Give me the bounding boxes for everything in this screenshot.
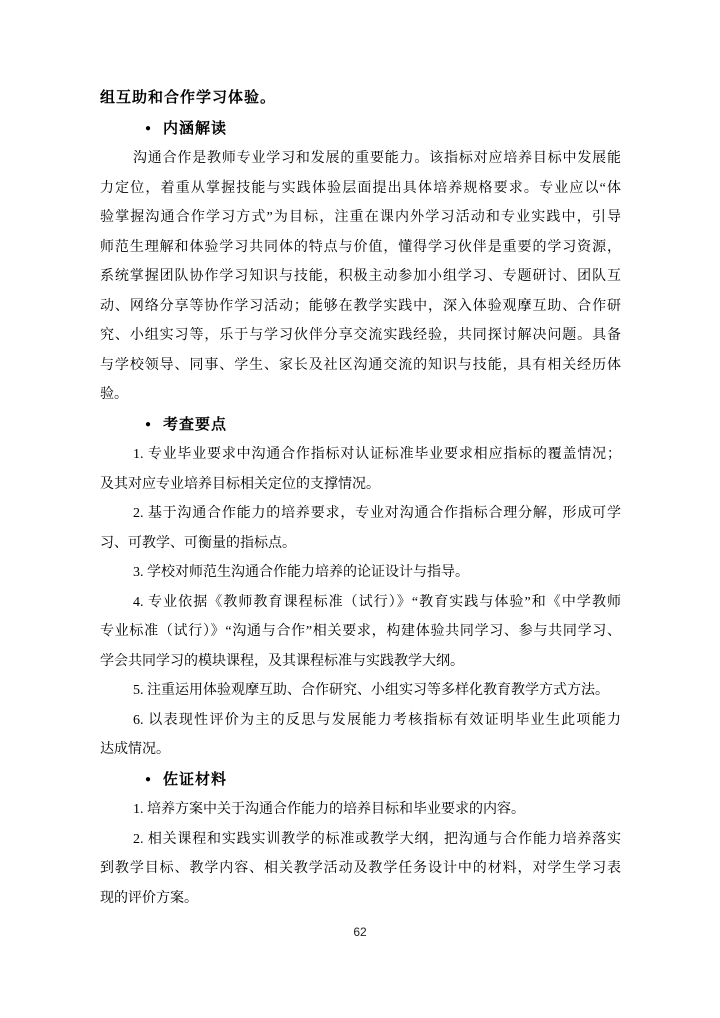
bullet-icon: ● [145, 123, 151, 134]
text-line: 动、网络分享等协作学习活动；能够在教学实践中，深入体验观摩互助、合作研 [100, 292, 621, 322]
text-line: 4. 专业依据《教师教育课程标准（试行）》“教育实践与体验”和《中学教师 [100, 588, 621, 618]
bullet-icon: ● [145, 419, 151, 430]
page-content: 组互助和合作学习体验。 ●内涵解读沟通合作是教师专业学习和发展的重要能力。该指标… [100, 84, 621, 913]
text-line: 1. 培养方案中关于沟通合作能力的培养目标和毕业要求的内容。 [100, 795, 621, 825]
text-line: 系统掌握团队协作学习知识与技能，积极主动参加小组学习、专题研讨、团队互 [100, 262, 621, 292]
text-line: 师范生理解和体验学习共同体的特点与价值，懂得学习伙伴是重要的学习资源， [100, 233, 621, 263]
bullet-icon: ● [145, 774, 151, 785]
text-line: 究、小组实习等，乐于与学习伙伴分享交流实践经验，共同探讨解决问题。具备 [100, 321, 621, 351]
text-line: 3. 学校对师范生沟通合作能力培养的论证设计与指导。 [100, 558, 621, 588]
text-line: 习、可教学、可衡量的指标点。 [100, 529, 621, 559]
text-line: 现的评价方案。 [100, 884, 621, 914]
text-line: 沟通合作是教师专业学习和发展的重要能力。该指标对应培养目标中发展能 [100, 144, 621, 174]
text-line: 力定位，着重从掌握技能与实践体验层面提出具体培养规格要求。专业应以“体 [100, 174, 621, 204]
text-line: 达成情况。 [100, 735, 621, 765]
text-line: 学会共同学习的模块课程，及其课程标准与实践教学大纲。 [100, 647, 621, 677]
text-line: 专业标准（试行）》“沟通与合作”相关要求，构建体验共同学习、参与共同学习、 [100, 617, 621, 647]
page-number: 62 [0, 925, 720, 939]
section-heading-1: ●内涵解读 [100, 114, 621, 145]
text-line: 到教学目标、教学内容、相关教学活动及教学任务设计中的材料，对学生学习表 [100, 854, 621, 884]
section-heading-text: 考查要点 [163, 417, 227, 433]
lead-paragraph: 组互助和合作学习体验。 [100, 84, 621, 114]
text-line: 验掌握沟通合作学习方式”为目标，注重在课内外学习活动和专业实践中，引导 [100, 203, 621, 233]
text-line: 6. 以表现性评价为主的反思与发展能力考核指标有效证明毕业生此项能力 [100, 706, 621, 736]
text-line: 2. 相关课程和实践实训教学的标准或教学大纲，把沟通与合作能力培养落实 [100, 825, 621, 855]
text-line: 1. 专业毕业要求中沟通合作指标对认证标准毕业要求相应指标的覆盖情况； [100, 440, 621, 470]
text-line: 验。 [100, 380, 621, 410]
text-line: 2. 基于沟通合作能力的培养要求，专业对沟通合作指标合理分解，形成可学 [100, 499, 621, 529]
section-heading-text: 内涵解读 [163, 121, 227, 137]
document-page: 组互助和合作学习体验。 ●内涵解读沟通合作是教师专业学习和发展的重要能力。该指标… [0, 0, 720, 1018]
sections-container: ●内涵解读沟通合作是教师专业学习和发展的重要能力。该指标对应培养目标中发展能力定… [100, 114, 621, 914]
section-heading-3: ●佐证材料 [100, 765, 621, 796]
text-line: 5. 注重运用体验观摩互助、合作研究、小组实习等多样化教育教学方式方法。 [100, 676, 621, 706]
section-heading-2: ●考查要点 [100, 410, 621, 441]
text-line: 与学校领导、同事、学生、家长及社区沟通交流的知识与技能，具有相关经历体 [100, 351, 621, 381]
text-line: 及其对应专业培养目标相关定位的支撑情况。 [100, 470, 621, 500]
section-heading-text: 佐证材料 [163, 772, 227, 788]
